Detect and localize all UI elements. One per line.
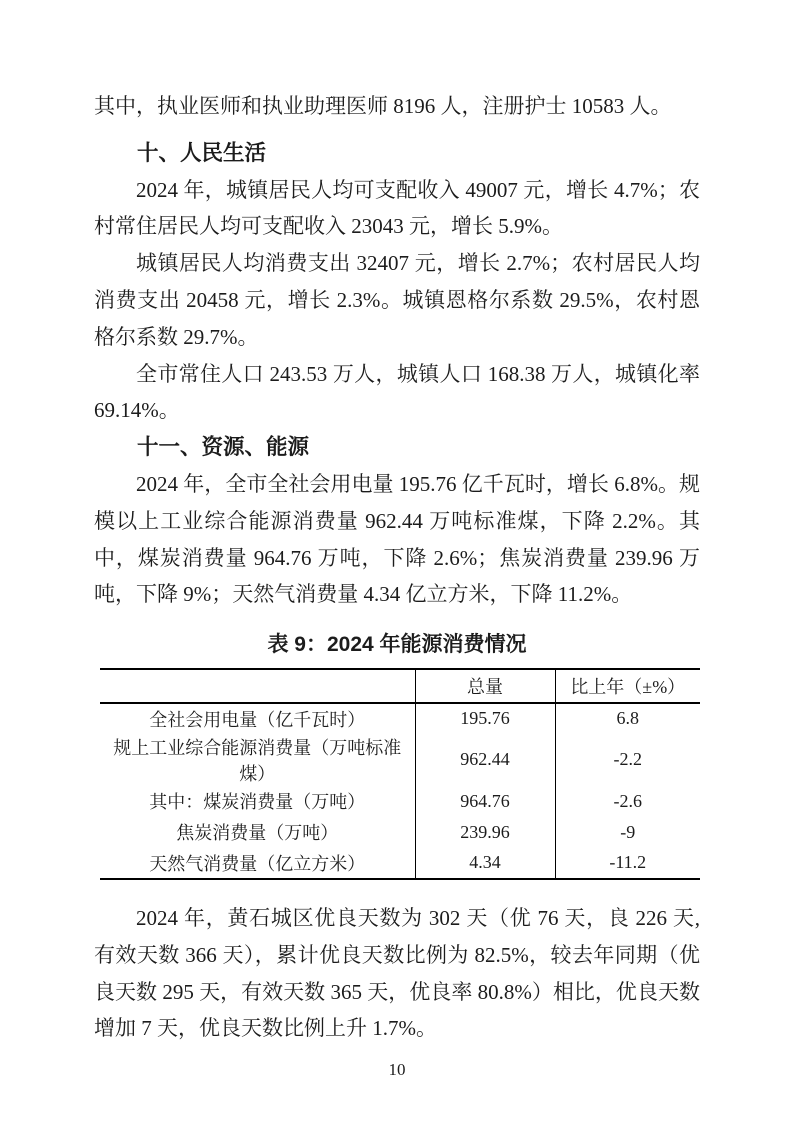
column-header-total: 总量 bbox=[415, 669, 555, 703]
row-label: 规上工业综合能源消费量（万吨标准煤） bbox=[100, 734, 415, 786]
paragraph-energy-consumption: 2024 年，全市全社会用电量 195.76 亿千瓦时，增长 6.8%。规模以上… bbox=[94, 466, 700, 613]
row-total: 4.34 bbox=[415, 848, 555, 879]
document-page: 其中，执业医师和执业助理医师 8196 人，注册护士 10583 人。 十、人民… bbox=[0, 0, 794, 1123]
table-header-row: 总量 比上年（±%） bbox=[100, 669, 700, 703]
table-row: 焦炭消费量（万吨） 239.96 -9 bbox=[100, 817, 700, 848]
row-total: 195.76 bbox=[415, 703, 555, 734]
table9-title: 表 9：2024 年能源消费情况 bbox=[94, 627, 700, 664]
row-label: 天然气消费量（亿立方米） bbox=[100, 848, 415, 879]
row-label: 全社会用电量（亿千瓦时） bbox=[100, 703, 415, 734]
row-label: 焦炭消费量（万吨） bbox=[100, 817, 415, 848]
energy-consumption-table: 总量 比上年（±%） 全社会用电量（亿千瓦时） 195.76 6.8 规上工业综… bbox=[100, 668, 700, 880]
page-number: 10 bbox=[94, 1057, 700, 1083]
row-total: 962.44 bbox=[415, 734, 555, 786]
row-yoy: -11.2 bbox=[555, 848, 700, 879]
row-label: 其中：煤炭消费量（万吨） bbox=[100, 786, 415, 817]
row-yoy: -9 bbox=[555, 817, 700, 848]
row-total: 964.76 bbox=[415, 786, 555, 817]
section-heading-resources-energy: 十一、资源、能源 bbox=[94, 429, 700, 466]
column-header-indicator bbox=[100, 669, 415, 703]
paragraph-population: 全市常住人口 243.53 万人，城镇人口 168.38 万人，城镇化率 69.… bbox=[94, 356, 700, 430]
column-header-yoy: 比上年（±%） bbox=[555, 669, 700, 703]
row-total: 239.96 bbox=[415, 817, 555, 848]
paragraph-disposable-income: 2024 年，城镇居民人均可支配收入 49007 元，增长 4.7%；农村常住居… bbox=[94, 172, 700, 246]
paragraph-air-quality: 2024 年，黄石城区优良天数为 302 天（优 76 天，良 226 天,有效… bbox=[94, 900, 700, 1047]
section-heading-people-livelihood: 十、人民生活 bbox=[94, 135, 700, 172]
table-row: 天然气消费量（亿立方米） 4.34 -11.2 bbox=[100, 848, 700, 879]
table-row: 全社会用电量（亿千瓦时） 195.76 6.8 bbox=[100, 703, 700, 734]
paragraph-consumption-expenditure: 城镇居民人均消费支出 32407 元，增长 2.7%；农村居民人均消费支出 20… bbox=[94, 245, 700, 355]
paragraph-medical-staff: 其中，执业医师和执业助理医师 8196 人，注册护士 10583 人。 bbox=[94, 88, 700, 125]
row-yoy: -2.2 bbox=[555, 734, 700, 786]
table-row: 其中：煤炭消费量（万吨） 964.76 -2.6 bbox=[100, 786, 700, 817]
row-yoy: -2.6 bbox=[555, 786, 700, 817]
row-yoy: 6.8 bbox=[555, 703, 700, 734]
table-row: 规上工业综合能源消费量（万吨标准煤） 962.44 -2.2 bbox=[100, 734, 700, 786]
